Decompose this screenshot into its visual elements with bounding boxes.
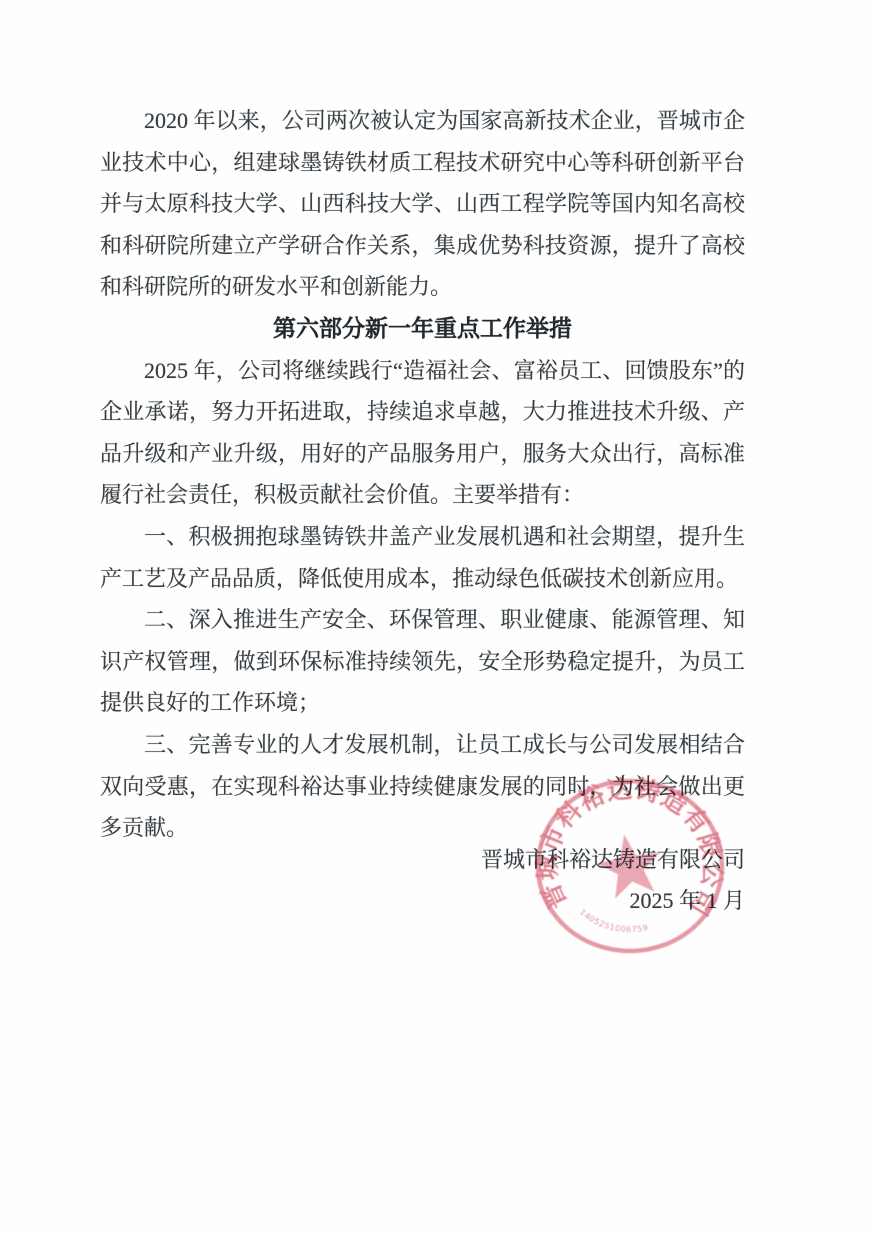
- paragraph-measure-2: 二、深入推进生产安全、环保管理、职业健康、能源管理、知识产权管理，做到环保标准持…: [100, 599, 745, 724]
- signature-company: 晋城市科裕达铸造有限公司: [100, 839, 745, 881]
- signature-block: 晋城市科裕达铸造有限公司 2025 年 1 月: [100, 839, 745, 922]
- paragraph-measure-3: 三、完善专业的人才发展机制，让员工成长与公司发展相结合双向受惠，在实现科裕达事业…: [100, 724, 745, 849]
- section-heading: 第六部分新一年重点工作举措: [100, 308, 745, 350]
- document-content: 2020 年以来，公司两次被认定为国家高新技术企业，晋城市企业技术中心，组建球墨…: [0, 0, 872, 922]
- paragraph-measure-1: 一、积极拥抱球墨铸铁井盖产业发展机遇和社会期望，提升生产工艺及产品品质，降低使用…: [100, 516, 745, 599]
- paragraph-achievements: 2020 年以来，公司两次被认定为国家高新技术企业，晋城市企业技术中心，组建球墨…: [100, 100, 745, 308]
- signature-date: 2025 年 1 月: [100, 880, 745, 922]
- document-page: 2020 年以来，公司两次被认定为国家高新技术企业，晋城市企业技术中心，组建球墨…: [0, 0, 872, 1234]
- paragraph-2025-commitment: 2025 年，公司将继续践行“造福社会、富裕员工、回馈股东”的企业承诺，努力开拓…: [100, 350, 745, 516]
